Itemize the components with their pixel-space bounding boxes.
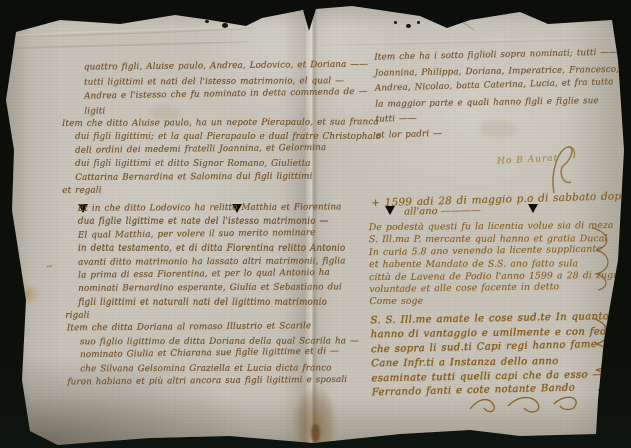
top-right-corner-crease [548,0,623,23]
ink-spot [417,21,420,24]
handwritten-line: quattro figli, Aluise paulo, Andrea, Lod… [84,58,368,76]
right-page-paragraph-top: Item che ha i sotto figlioli sopra nomin… [374,45,620,144]
left-page-paragraph-3: Et in che ditto Lodovico ha relitto Matt… [65,201,346,323]
handwritten-line: Et in che ditto Lodovico ha relitto Matt… [65,201,346,216]
manuscript-bifolium: quattro figli, Aluise paulo, Andrea, Lod… [0,0,631,448]
ink-spot [222,23,228,28]
handwritten-line: dui figli ligittimi et ditto Signor Roma… [62,158,381,171]
worm-hole [528,204,538,213]
date-subline: all'ano ———— [404,205,481,217]
margin-bracket-flourish [586,226,612,292]
ink-spot [205,20,209,23]
handwritten-line: Item che ditta Doriana al romaso Illustr… [67,320,359,336]
left-page-paragraph-4: Item che ditta Doriana al romaso Illustr… [67,320,359,390]
manuscript-photo: quattro figli, Aluise paulo, Andrea, Lod… [0,0,631,448]
handwritten-line: che Silvana Gelsomina Graziella et Lucia… [67,362,359,377]
handwritten-line: El qual Matthia, per volere il suo merit… [65,226,346,243]
handwritten-line: deli ordini dei medemi fratelli Joannina… [62,141,381,158]
fold-stain-core [311,424,320,442]
ink-spot [238,20,241,23]
signature-tail-flourish [468,393,583,417]
handwritten-line: Item che ditto Aluise paulo, ha un nepot… [62,116,381,131]
handwritten-line: Andrea e l'istesso che fu nominato in de… [84,85,368,104]
handwritten-line: et regali [62,181,381,198]
handwritten-line: la prima di essa Fiorentina, et per lo q… [65,267,346,284]
left-page-paragraph-2: Item che ditto Aluise paulo, ha un nepot… [62,116,382,198]
margin-bracket-flourish [584,316,614,392]
left-page-paragraph-1: quattro figli, Aluise paulo, Andrea, Lod… [84,58,369,119]
ink-spot [406,24,411,28]
ink-spot [394,21,397,24]
handwritten-line: in detta testamento, et di ditta Fiorent… [65,243,345,256]
handwritten-line: nominati Bernardino esperante, Giulia et… [65,282,346,297]
handwritten-line: Come soge [369,294,625,309]
